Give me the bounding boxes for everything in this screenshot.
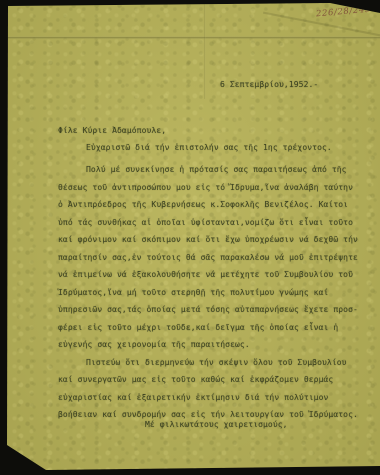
salutation: Φίλε Κύριε Ἀδαμόπουλε, (58, 126, 166, 135)
letter-body-line: εὐχαριστίας καί ἐξαιρετικήν ἐκτίμησιν δι… (58, 389, 362, 407)
letter-body-line: Ἱδρύματος,ἵνα μή τοῦτο στερηθῇ τῆς πολυτ… (58, 284, 362, 302)
fold-crease-vertical (204, 3, 206, 99)
date-line: 6 Σεπτεμβρίου,1952.- (220, 80, 318, 89)
letter-body-line: εὐγενής σας χειρονομία τῆς παραιτήσεως. (58, 336, 362, 354)
letter-body-line: ὑπηρεσιῶν σας,τάς ὁποίας μετά τόσης αὐτα… (58, 301, 362, 319)
letter-body-line: θέσεως τοῦ ἀντιπροσώπου μου εἰς τό Ἵδρυμ… (58, 179, 362, 197)
letter-paper: 226/28/249 6 Σεπτεμβρίου,1952.- Φίλε Κύρ… (0, 0, 380, 475)
letter-body-line: καί συνεργατῶν μας εἰς τοῦτο καθώς καί ἐ… (58, 371, 362, 389)
letter-body-line: ὁ Ἀντιπρόεδρος τῆς Κυβερνήσεως κ.Σοφοκλῆ… (58, 196, 362, 214)
archive-annotation: 226/28/249 (316, 5, 372, 20)
letter-body-line: νά ἐπιμείνω νά ἐξακολουθήσητε νά μετέχητ… (58, 266, 362, 284)
letter-body-line: καί φρόνιμον καί σκόπιμον καί ὅτι ἔχω ὑπ… (58, 231, 362, 249)
letter-body-line: Πιστεύω ὅτι διερμηνεύω τήν σκέψιν ὅλου τ… (58, 354, 362, 372)
letter-body-line: παραίτησίν σας,ἐν τούτοις θά σᾶς παρακαλ… (58, 249, 362, 267)
opening-line: Εὐχαριστῶ διά τήν ἐπιστολήν σας τῆς 1ης … (86, 143, 332, 152)
scan-background: 226/28/249 6 Σεπτεμβρίου,1952.- Φίλε Κύρ… (0, 0, 380, 475)
closing-salutation: Μέ φιλικωτάτους χαιρετισμούς, (145, 420, 288, 429)
fold-crease-horizontal (0, 36, 380, 39)
letter-body-line: ὑπό τάς συνθήκας αἱ ὁποῖαι ὑφίστανται,νο… (58, 214, 362, 232)
letter-body-line: Πολύ μέ συνεκίνησε ἡ πρότασίς σας παραιτ… (58, 161, 362, 179)
letter-body-line: φέρει εἰς τοῦτο μέχρι τοῦδε,καί δεῖγμα τ… (58, 319, 362, 337)
letter-body: Πολύ μέ συνεκίνησε ἡ πρότασίς σας παραιτ… (58, 161, 362, 424)
